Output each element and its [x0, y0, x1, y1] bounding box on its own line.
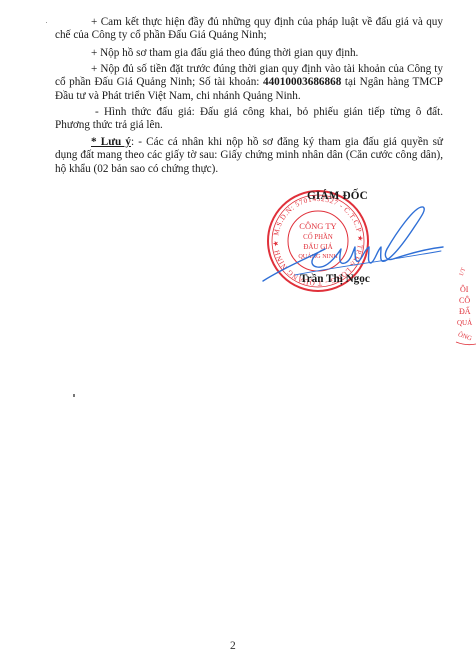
svg-text:ÔNG: ÔNG [457, 330, 473, 342]
page-number: 2 [230, 640, 236, 652]
scan-speck [46, 22, 47, 23]
svg-text:CÔ: CÔ [459, 295, 470, 305]
scan-speck [73, 394, 75, 397]
svg-text:QUẢ: QUẢ [457, 319, 472, 327]
partial-seal-fragment-icon: 1/T ÔI CÔ ĐẤ QUẢ ÔNG [454, 262, 476, 372]
paragraph-note: * Lưu ý: - Các cá nhân khi nộp hồ sơ đăn… [55, 136, 443, 176]
paragraph-deposit: + Nộp đủ số tiền đặt trước đúng thời gia… [55, 63, 443, 103]
svg-text:ÔI: ÔI [460, 284, 469, 294]
bank-account-number: 44010003686868 [263, 76, 341, 88]
svg-text:ĐẤ: ĐẤ [459, 306, 471, 316]
note-label: * Lưu ý [91, 136, 131, 148]
paragraph-auction-form: - Hình thức đấu giá: Đấu giá công khai, … [55, 106, 443, 133]
document-page: + Cam kết thực hiện đầy đủ những quy địn… [0, 0, 476, 663]
paragraph-submit-docs: + Nộp hồ sơ tham gia đấu giá theo đúng t… [55, 47, 443, 60]
signatory-title: GIÁM ĐỐC [307, 190, 368, 202]
paragraph-commit: + Cam kết thực hiện đầy đủ những quy địn… [55, 16, 443, 43]
svg-text:1/T: 1/T [459, 267, 468, 277]
handwritten-signature-icon [255, 205, 445, 285]
